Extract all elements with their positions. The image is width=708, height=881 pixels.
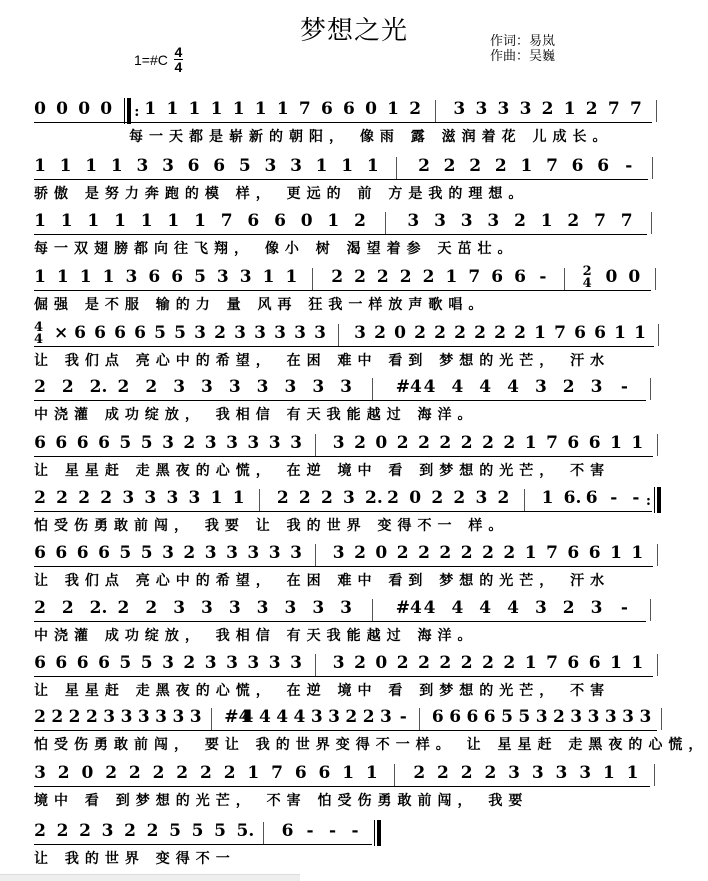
- beam-line: [34, 676, 653, 677]
- note: 6: [567, 652, 579, 674]
- note: 2: [183, 652, 195, 674]
- note: 3: [475, 487, 487, 509]
- bar-line: [524, 489, 525, 511]
- note: 1: [525, 542, 537, 564]
- note: 0: [34, 98, 46, 120]
- note: 2.: [365, 487, 377, 509]
- note: 2: [183, 542, 195, 564]
- note: 3: [535, 376, 547, 398]
- note: 2: [482, 652, 494, 674]
- final-barline: [374, 820, 382, 846]
- note: 3: [173, 597, 185, 619]
- note: 3: [343, 487, 355, 509]
- note: 3: [497, 98, 509, 120]
- note: 3: [591, 376, 603, 398]
- bar-line: [650, 378, 651, 400]
- lyrics-line: 怕受伤勇敢前闯， 要让 我的世界变得不一样。 让 星星赶 走黑夜的心慌， 在逆: [34, 736, 684, 756]
- note: 6: [55, 432, 67, 454]
- note: 1: [366, 762, 378, 784]
- note: 3: [508, 762, 520, 784]
- note: 2: [563, 376, 575, 398]
- lyrics-line: 倔强 是不服 输的力 量 风再 狂我一样放声歌唱。: [34, 296, 684, 316]
- time-change: 24: [583, 266, 592, 290]
- score-row: 222.223333333#44444323-中浇灌 成功绽放， 我相信 有天我…: [34, 376, 684, 432]
- note: 3: [314, 322, 326, 344]
- lyrics-line: 让 星星赶 走黑夜的心慌， 在逆 境中 看 到梦想的光芒， 不害: [34, 682, 684, 702]
- note: 2: [439, 542, 451, 564]
- key-label: 1=#C: [134, 52, 168, 68]
- score-row: 1111111766012333321277每一双翅膀都向往飞翔， 像小 树 渴…: [34, 210, 684, 266]
- note: 1: [114, 210, 126, 232]
- lyrics-line: 让 星星赶 走黑夜的心慌， 在逆 境中 看 到梦想的光芒， 不害: [34, 462, 684, 482]
- note: 3: [434, 210, 446, 232]
- note: 2: [439, 652, 451, 674]
- dash: -: [327, 820, 339, 842]
- note: 2: [56, 487, 68, 509]
- note: 2: [387, 487, 399, 509]
- note: 4: [276, 706, 288, 728]
- notes-line: 44×6666553233333320222222176611: [34, 322, 684, 350]
- note: 1: [525, 652, 537, 674]
- bar-line: [315, 544, 316, 566]
- note: 2: [542, 98, 554, 120]
- note: 3: [34, 762, 46, 784]
- note: 1: [141, 210, 153, 232]
- note: 7: [546, 155, 558, 177]
- note: 6: [589, 652, 601, 674]
- beam-line: [34, 511, 652, 512]
- note: 2: [454, 322, 466, 344]
- note: 3: [144, 487, 156, 509]
- time-signature-top: 4: [174, 45, 182, 59]
- note: 3: [205, 652, 217, 674]
- note: 6: [589, 432, 601, 454]
- note: 6: [98, 652, 110, 674]
- note: 7: [546, 432, 558, 454]
- beam-line: [34, 400, 646, 401]
- note: 2: [34, 597, 46, 619]
- note: 3: [622, 706, 634, 728]
- note: 6: [274, 210, 286, 232]
- note: 6: [466, 706, 478, 728]
- score-row: 1111336653311122221766-骄傲 是努力奔跑的模 样， 更远的…: [34, 155, 684, 211]
- note: 7: [546, 652, 558, 674]
- note: 2.: [90, 597, 102, 619]
- notes-line: 111136653311222221766-2400: [34, 266, 684, 294]
- note: 2: [439, 432, 451, 454]
- repeat-start: :: [124, 98, 132, 124]
- note: 3: [201, 597, 213, 619]
- bar-line: [315, 434, 316, 456]
- note: 6: [213, 155, 225, 177]
- note: 1: [277, 98, 289, 120]
- note: 0: [409, 487, 421, 509]
- note: 3: [247, 432, 259, 454]
- note: 2: [418, 155, 430, 177]
- bar-line: [394, 764, 395, 786]
- note: 4: [479, 597, 491, 619]
- lyric-text: 怕受伤勇敢前闯， 要让 我的世界变得不一样。 让 星星赶 走黑夜的心慌， 在逆: [34, 736, 708, 754]
- note: 6: [74, 322, 86, 344]
- note: 3: [487, 210, 499, 232]
- bar-line: [419, 708, 420, 730]
- note: 2: [224, 762, 236, 784]
- note: 5: [192, 820, 204, 842]
- note: 3: [257, 597, 269, 619]
- note: 1: [167, 210, 179, 232]
- bar-line: [396, 157, 397, 179]
- note: 2: [100, 487, 112, 509]
- note: 3: [588, 706, 600, 728]
- note: 2: [363, 706, 375, 728]
- note: 1: [144, 98, 156, 120]
- note: 2: [78, 487, 90, 509]
- note: 3: [162, 542, 174, 564]
- note: 2: [354, 652, 366, 674]
- note: 6: [574, 322, 586, 344]
- note: 1: [610, 652, 622, 674]
- note: 5: [119, 542, 131, 564]
- note: 2: [444, 155, 456, 177]
- dash: -: [608, 487, 620, 509]
- note: 5: [501, 706, 513, 728]
- credits: 作词：易岚 作曲：吴巍: [490, 34, 555, 64]
- beam-line: [34, 786, 650, 787]
- note: 2: [214, 322, 226, 344]
- note: 5.: [237, 820, 249, 842]
- lyrics-line: 中浇灌 成功绽放， 我相信 有天我能越过 海洋。: [34, 406, 684, 426]
- note: 3: [290, 542, 302, 564]
- note: 6: [34, 652, 46, 674]
- note: 2: [484, 762, 496, 784]
- note: 5: [154, 322, 166, 344]
- note: 2: [354, 266, 366, 288]
- note: 3: [125, 266, 137, 288]
- note: 2: [418, 542, 430, 564]
- notes-line: 222233331122232.20223216.6--:: [34, 487, 684, 515]
- bar-line: [661, 708, 662, 730]
- note: 2: [79, 820, 91, 842]
- note: 3: [579, 762, 591, 784]
- note: 6: [597, 155, 609, 177]
- note: 6: [148, 266, 160, 288]
- note: 3: [535, 597, 547, 619]
- note: 3: [407, 210, 419, 232]
- song-title: 梦想之光: [0, 10, 708, 47]
- note: 2: [514, 210, 526, 232]
- note: 2: [397, 652, 409, 674]
- lyric-text: 每一双翅膀都向往飞翔， 像小 树 渴望着参 天茁壮。: [34, 240, 518, 258]
- lyrics-line: 境中 看 到梦想的光芒， 不害 怕受伤勇敢前闯， 我要: [34, 792, 684, 812]
- note: 5: [119, 432, 131, 454]
- note: 6: [567, 542, 579, 564]
- time-signature-bottom: 4: [174, 60, 182, 74]
- note: 6: [77, 542, 89, 564]
- note: 1: [85, 155, 97, 177]
- beam-line: [34, 346, 654, 347]
- note: 3: [254, 322, 266, 344]
- note: 2: [153, 762, 165, 784]
- lyric-text: 骄傲 是努力奔跑的模 样， 更远的 前 方是我的理想。: [34, 185, 528, 203]
- note: #4: [396, 597, 408, 619]
- score-row: 0000:1111111766012333321277每一天都是崭新的朝阳， 像…: [34, 98, 684, 154]
- note: 1: [367, 155, 379, 177]
- note: 6: [343, 98, 355, 120]
- note: 2: [503, 432, 515, 454]
- note: 6: [594, 322, 606, 344]
- note: 3: [639, 706, 651, 728]
- bar-line: [651, 212, 652, 234]
- note: 6: [449, 706, 461, 728]
- note: 1: [631, 542, 643, 564]
- note: 3: [205, 542, 217, 564]
- note: 2: [482, 542, 494, 564]
- note: 3: [328, 706, 340, 728]
- lyric-text: 境中 看 到梦想的光芒， 不害 怕受伤勇敢前闯， 我要: [34, 792, 528, 810]
- note: 6: [247, 210, 259, 232]
- note: 5: [169, 820, 181, 842]
- note: 5: [119, 652, 131, 674]
- score-row: 44×6666553233333320222222176611让 我们点 亮心中…: [34, 322, 684, 378]
- note: 1: [342, 762, 354, 784]
- bar-line: [652, 157, 653, 179]
- note: 3: [226, 432, 238, 454]
- note: 1: [34, 155, 46, 177]
- note: 2: [331, 266, 343, 288]
- note: 2: [397, 432, 409, 454]
- beam-line: [34, 566, 653, 567]
- note: 3: [453, 98, 465, 120]
- note: 2: [299, 487, 311, 509]
- bar-line: [656, 100, 657, 122]
- bottom-strip: [0, 874, 300, 881]
- note: 3: [188, 487, 200, 509]
- lyric-text: 每一天都是崭新的朝阳， 像雨 露 滋润着花 儿成长。: [129, 128, 613, 146]
- note: 1: [34, 266, 46, 288]
- bar-line: [338, 324, 339, 346]
- note: 3: [240, 266, 252, 288]
- bar-line: [312, 268, 313, 290]
- note: 2: [277, 487, 289, 509]
- note: 0: [394, 322, 406, 344]
- note: 7: [546, 542, 558, 564]
- note: 7: [221, 210, 233, 232]
- bar-line: [655, 268, 656, 290]
- note: 3: [555, 762, 567, 784]
- bar-line: [654, 764, 655, 786]
- note: 0: [56, 98, 68, 120]
- lyric-text: 让 星星赶 走黑夜的心慌， 在逆 境中 看 到梦想的光芒， 不害: [34, 462, 610, 480]
- note: 3: [354, 322, 366, 344]
- note: 3: [257, 376, 269, 398]
- note: 1: [614, 322, 626, 344]
- note: 3: [234, 322, 246, 344]
- note: 0: [78, 98, 90, 120]
- beam-line: [34, 730, 657, 731]
- lyric-text: 让 我们点 亮心中的希望， 在困 难中 看到 梦想的光芒， 汗水: [34, 352, 610, 370]
- bar-line: [658, 324, 659, 346]
- note: 2: [377, 266, 389, 288]
- note: 1: [255, 98, 267, 120]
- note: 0: [628, 266, 640, 288]
- note: 2: [176, 762, 188, 784]
- lyrics-line: 骄傲 是努力奔跑的模 样， 更远的 前 方是我的理想。: [34, 185, 684, 205]
- note: 1: [166, 98, 178, 120]
- note: 3: [591, 597, 603, 619]
- lyrics-line: 中浇灌 成功绽放， 我相信 有天我能越过 海洋。: [34, 627, 684, 647]
- bar-line: [650, 599, 651, 621]
- note: 1: [627, 762, 639, 784]
- time-change: 44: [34, 322, 43, 346]
- note: 6: [572, 155, 584, 177]
- notes-line: 2223225555.6---: [34, 820, 684, 848]
- lyrics-line: 让 我们点 亮心中的希望， 在困 难中 看到 梦想的光芒， 汗水: [34, 352, 684, 372]
- note: 7: [299, 98, 311, 120]
- note: 6: [491, 266, 503, 288]
- note: 2: [437, 762, 449, 784]
- note: 1: [103, 266, 115, 288]
- note: 2: [567, 210, 579, 232]
- note: 4: [424, 597, 436, 619]
- note: 1: [610, 542, 622, 564]
- note: 2: [57, 820, 69, 842]
- notes-line: 222.223333333#44444323-: [34, 597, 684, 625]
- note: 2: [354, 210, 366, 232]
- note: 3: [173, 376, 185, 398]
- note: 2: [418, 432, 430, 454]
- note: 3: [190, 706, 202, 728]
- note: 2: [129, 762, 141, 784]
- note: 2: [503, 542, 515, 564]
- note: 2: [200, 762, 212, 784]
- note: 3: [194, 322, 206, 344]
- note: 3: [138, 706, 150, 728]
- note: 2: [34, 376, 46, 398]
- note: 2: [34, 706, 46, 728]
- note: 6: [34, 432, 46, 454]
- dash: -: [304, 820, 316, 842]
- score-row: 3202222221766112222333311境中 看 到梦想的光芒， 不害…: [34, 762, 684, 818]
- note: 3: [264, 155, 276, 177]
- note: 3: [136, 155, 148, 177]
- note: 3: [201, 376, 213, 398]
- dash: -: [618, 597, 630, 619]
- note: 3: [333, 432, 345, 454]
- note: 0: [375, 542, 387, 564]
- note: 3: [294, 322, 306, 344]
- note: 3: [340, 376, 352, 398]
- score-row: 6666553233333320222222176611让 我们点 亮心中的希望…: [34, 542, 684, 598]
- note: 1: [57, 266, 69, 288]
- note: 6: [567, 432, 579, 454]
- note: 3: [312, 376, 324, 398]
- lyric-text: 中浇灌 成功绽放， 我相信 有天我能越过 海洋。: [34, 406, 478, 424]
- note: 1: [525, 432, 537, 454]
- note: 3: [226, 542, 238, 564]
- note: 2: [503, 652, 515, 674]
- bar-line: [385, 212, 386, 234]
- note: 2: [34, 820, 46, 842]
- note: 5: [141, 432, 153, 454]
- note: 0: [365, 98, 377, 120]
- note: 2: [34, 487, 46, 509]
- dash: -: [630, 487, 642, 509]
- notes-line: 1111111766012333321277: [34, 210, 684, 238]
- note: 3: [475, 98, 487, 120]
- note: 7: [630, 98, 642, 120]
- note: 6: [318, 762, 330, 784]
- note: 3: [172, 706, 184, 728]
- note: 4: [507, 376, 519, 398]
- lyric-text: 让 星星赶 走黑夜的心慌， 在逆 境中 看 到梦想的光芒， 不害: [34, 682, 610, 700]
- note: 3: [340, 597, 352, 619]
- note: 1: [34, 210, 46, 232]
- note: 2: [423, 266, 435, 288]
- lyrics-line: 让 我的世界 变得不一: [34, 850, 684, 870]
- note: 1: [285, 266, 297, 288]
- beam-line: [34, 179, 648, 180]
- note: 2: [51, 706, 63, 728]
- note: 2: [374, 322, 386, 344]
- notes-line: 2222333333#4444433223-6666553233333: [34, 706, 684, 734]
- bar-line: [657, 544, 658, 566]
- notes-line: 0000:1111111766012333321277: [34, 98, 684, 126]
- note: 3: [380, 706, 392, 728]
- note: 2: [117, 597, 129, 619]
- score-row: 6666553233333320222222176611让 星星赶 走黑夜的心慌…: [34, 652, 684, 708]
- notes-line: 6666553233333320222222176611: [34, 652, 684, 680]
- note: 1: [603, 762, 615, 784]
- note: 2: [117, 376, 129, 398]
- lyricist: 作词：易岚: [490, 34, 555, 49]
- beam-line: [34, 844, 372, 845]
- note: 2: [321, 487, 333, 509]
- note: 6: [321, 98, 333, 120]
- note: 0: [81, 762, 93, 784]
- note: 3: [605, 706, 617, 728]
- note: 2: [147, 820, 159, 842]
- beam-line: [34, 122, 652, 123]
- note: 3: [290, 155, 302, 177]
- note: 2: [86, 706, 98, 728]
- beam-line: [34, 456, 653, 457]
- note: 1: [194, 210, 206, 232]
- key-signature: 1=#C 4 4: [134, 45, 183, 74]
- note: 6: [171, 266, 183, 288]
- note: 4: [507, 597, 519, 619]
- note: 2: [494, 322, 506, 344]
- note: 3: [532, 762, 544, 784]
- note: 6: [98, 432, 110, 454]
- note: 1: [610, 432, 622, 454]
- note: 1: [564, 98, 576, 120]
- note: 1: [520, 155, 532, 177]
- note: 1: [188, 98, 200, 120]
- note: 0: [375, 432, 387, 454]
- note: 2: [354, 432, 366, 454]
- note: 6: [432, 706, 444, 728]
- note: 4: [479, 376, 491, 398]
- note: 2: [345, 706, 357, 728]
- note: 2: [418, 652, 430, 674]
- note: 2: [495, 155, 507, 177]
- note: 6: [295, 762, 307, 784]
- note: 1: [263, 266, 275, 288]
- lyric-text: 让 我的世界 变得不一: [34, 850, 236, 868]
- note: 4: [424, 376, 436, 398]
- lyrics-line: 每一天都是崭新的朝阳， 像雨 露 滋润着花 儿成长。: [34, 128, 684, 148]
- lyric-text: 让 我们点 亮心中的希望， 在困 难中 看到 梦想的光芒， 汗水: [34, 572, 610, 590]
